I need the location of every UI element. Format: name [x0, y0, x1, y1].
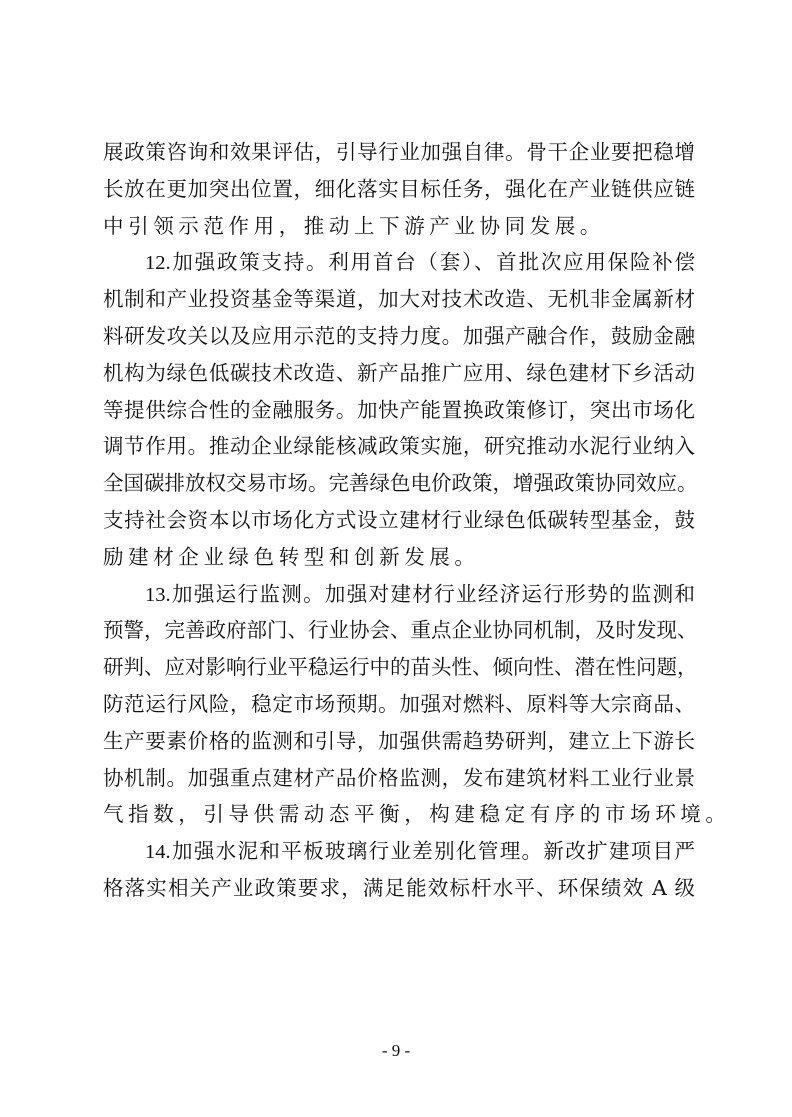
text-line: 协机制。加强重点建材产品价格监测，发布建筑材料工业行业景 — [103, 760, 695, 797]
page-number: - 9 - — [0, 1041, 792, 1061]
item-number: 13. — [145, 584, 171, 606]
text-line: 长放在更加突出位置，细化落实目标任务，强化在产业链供应链 — [103, 171, 695, 208]
text-run: 加强政策支持。利用首台（套）、首批次应用保险补偿 — [171, 250, 695, 274]
text-line: 调节作用。推动企业绿能核减政策实施，研究推动水泥行业纳入 — [103, 428, 695, 465]
paragraph-first-line: 13.加强运行监测。加强对建材行业经济运行形势的监测和 — [103, 576, 695, 613]
paragraph-continued: 展政策咨询和效果评估，引导行业加强自律。骨干企业要把稳增 长放在更加突出位置，细… — [103, 134, 695, 244]
text-line: 支持社会资本以市场化方式设立建材行业绿色低碳转型基金，鼓 — [103, 502, 695, 539]
text-line: 防范运行风险，稳定市场预期。加强对燃料、原料等大宗商品、 — [103, 686, 695, 723]
text-line: 气指数，引导供需动态平衡，构建稳定有序的市场环境。 — [103, 796, 695, 833]
text-line: 料研发攻关以及应用示范的支持力度。加强产融合作，鼓励金融 — [103, 318, 695, 355]
document-page-body: 展政策咨询和效果评估，引导行业加强自律。骨干企业要把稳增 长放在更加突出位置，细… — [103, 134, 695, 907]
text-run: 加强运行监测。加强对建材行业经济运行形势的监测和 — [171, 582, 695, 606]
text-line: 全国碳排放权交易市场。完善绿色电价政策，增强政策协同效应。 — [103, 465, 695, 502]
text-line: 等提供综合性的金融服务。加快产能置换政策修订，突出市场化 — [103, 392, 695, 429]
text-line: 机制和产业投资基金等渠道，加大对技术改造、无机非金属新材 — [103, 281, 695, 318]
paragraph-13-operation-monitoring: 13.加强运行监测。加强对建材行业经济运行形势的监测和 预警，完善政府部门、行业… — [103, 576, 695, 834]
text-line: 展政策咨询和效果评估，引导行业加强自律。骨干企业要把稳增 — [103, 134, 695, 171]
text-run: 加强水泥和平板玻璃行业差别化管理。新改扩建项目严 — [171, 839, 695, 863]
text-line: 生产要素价格的监测和引导，加强供需趋势研判，建立上下游长 — [103, 723, 695, 760]
paragraph-first-line: 12.加强政策支持。利用首台（套）、首批次应用保险补偿 — [103, 244, 695, 281]
text-line: 预警，完善政府部门、行业协会、重点企业协同机制，及时发现、 — [103, 612, 695, 649]
paragraph-12-policy-support: 12.加强政策支持。利用首台（套）、首批次应用保险补偿 机制和产业投资基金等渠道… — [103, 244, 695, 575]
paragraph-first-line: 14.加强水泥和平板玻璃行业差别化管理。新改扩建项目严 — [103, 833, 695, 870]
text-line: 励建材企业绿色转型和创新发展。 — [103, 539, 695, 576]
paragraph-14-differentiated-management: 14.加强水泥和平板玻璃行业差别化管理。新改扩建项目严 格落实相关产业政策要求，… — [103, 833, 695, 907]
item-number: 12. — [145, 252, 171, 274]
text-line: 机构为绿色低碳技术改造、新产品推广应用、绿色建材下乡活动 — [103, 355, 695, 392]
text-line: 格落实相关产业政策要求，满足能效标杆水平、环保绩效 A 级 — [103, 870, 695, 907]
text-line: 研判、应对影响行业平稳运行中的苗头性、倾向性、潜在性问题， — [103, 649, 695, 686]
item-number: 14. — [145, 841, 171, 863]
text-line: 中引领示范作用，推动上下游产业协同发展。 — [103, 208, 695, 245]
